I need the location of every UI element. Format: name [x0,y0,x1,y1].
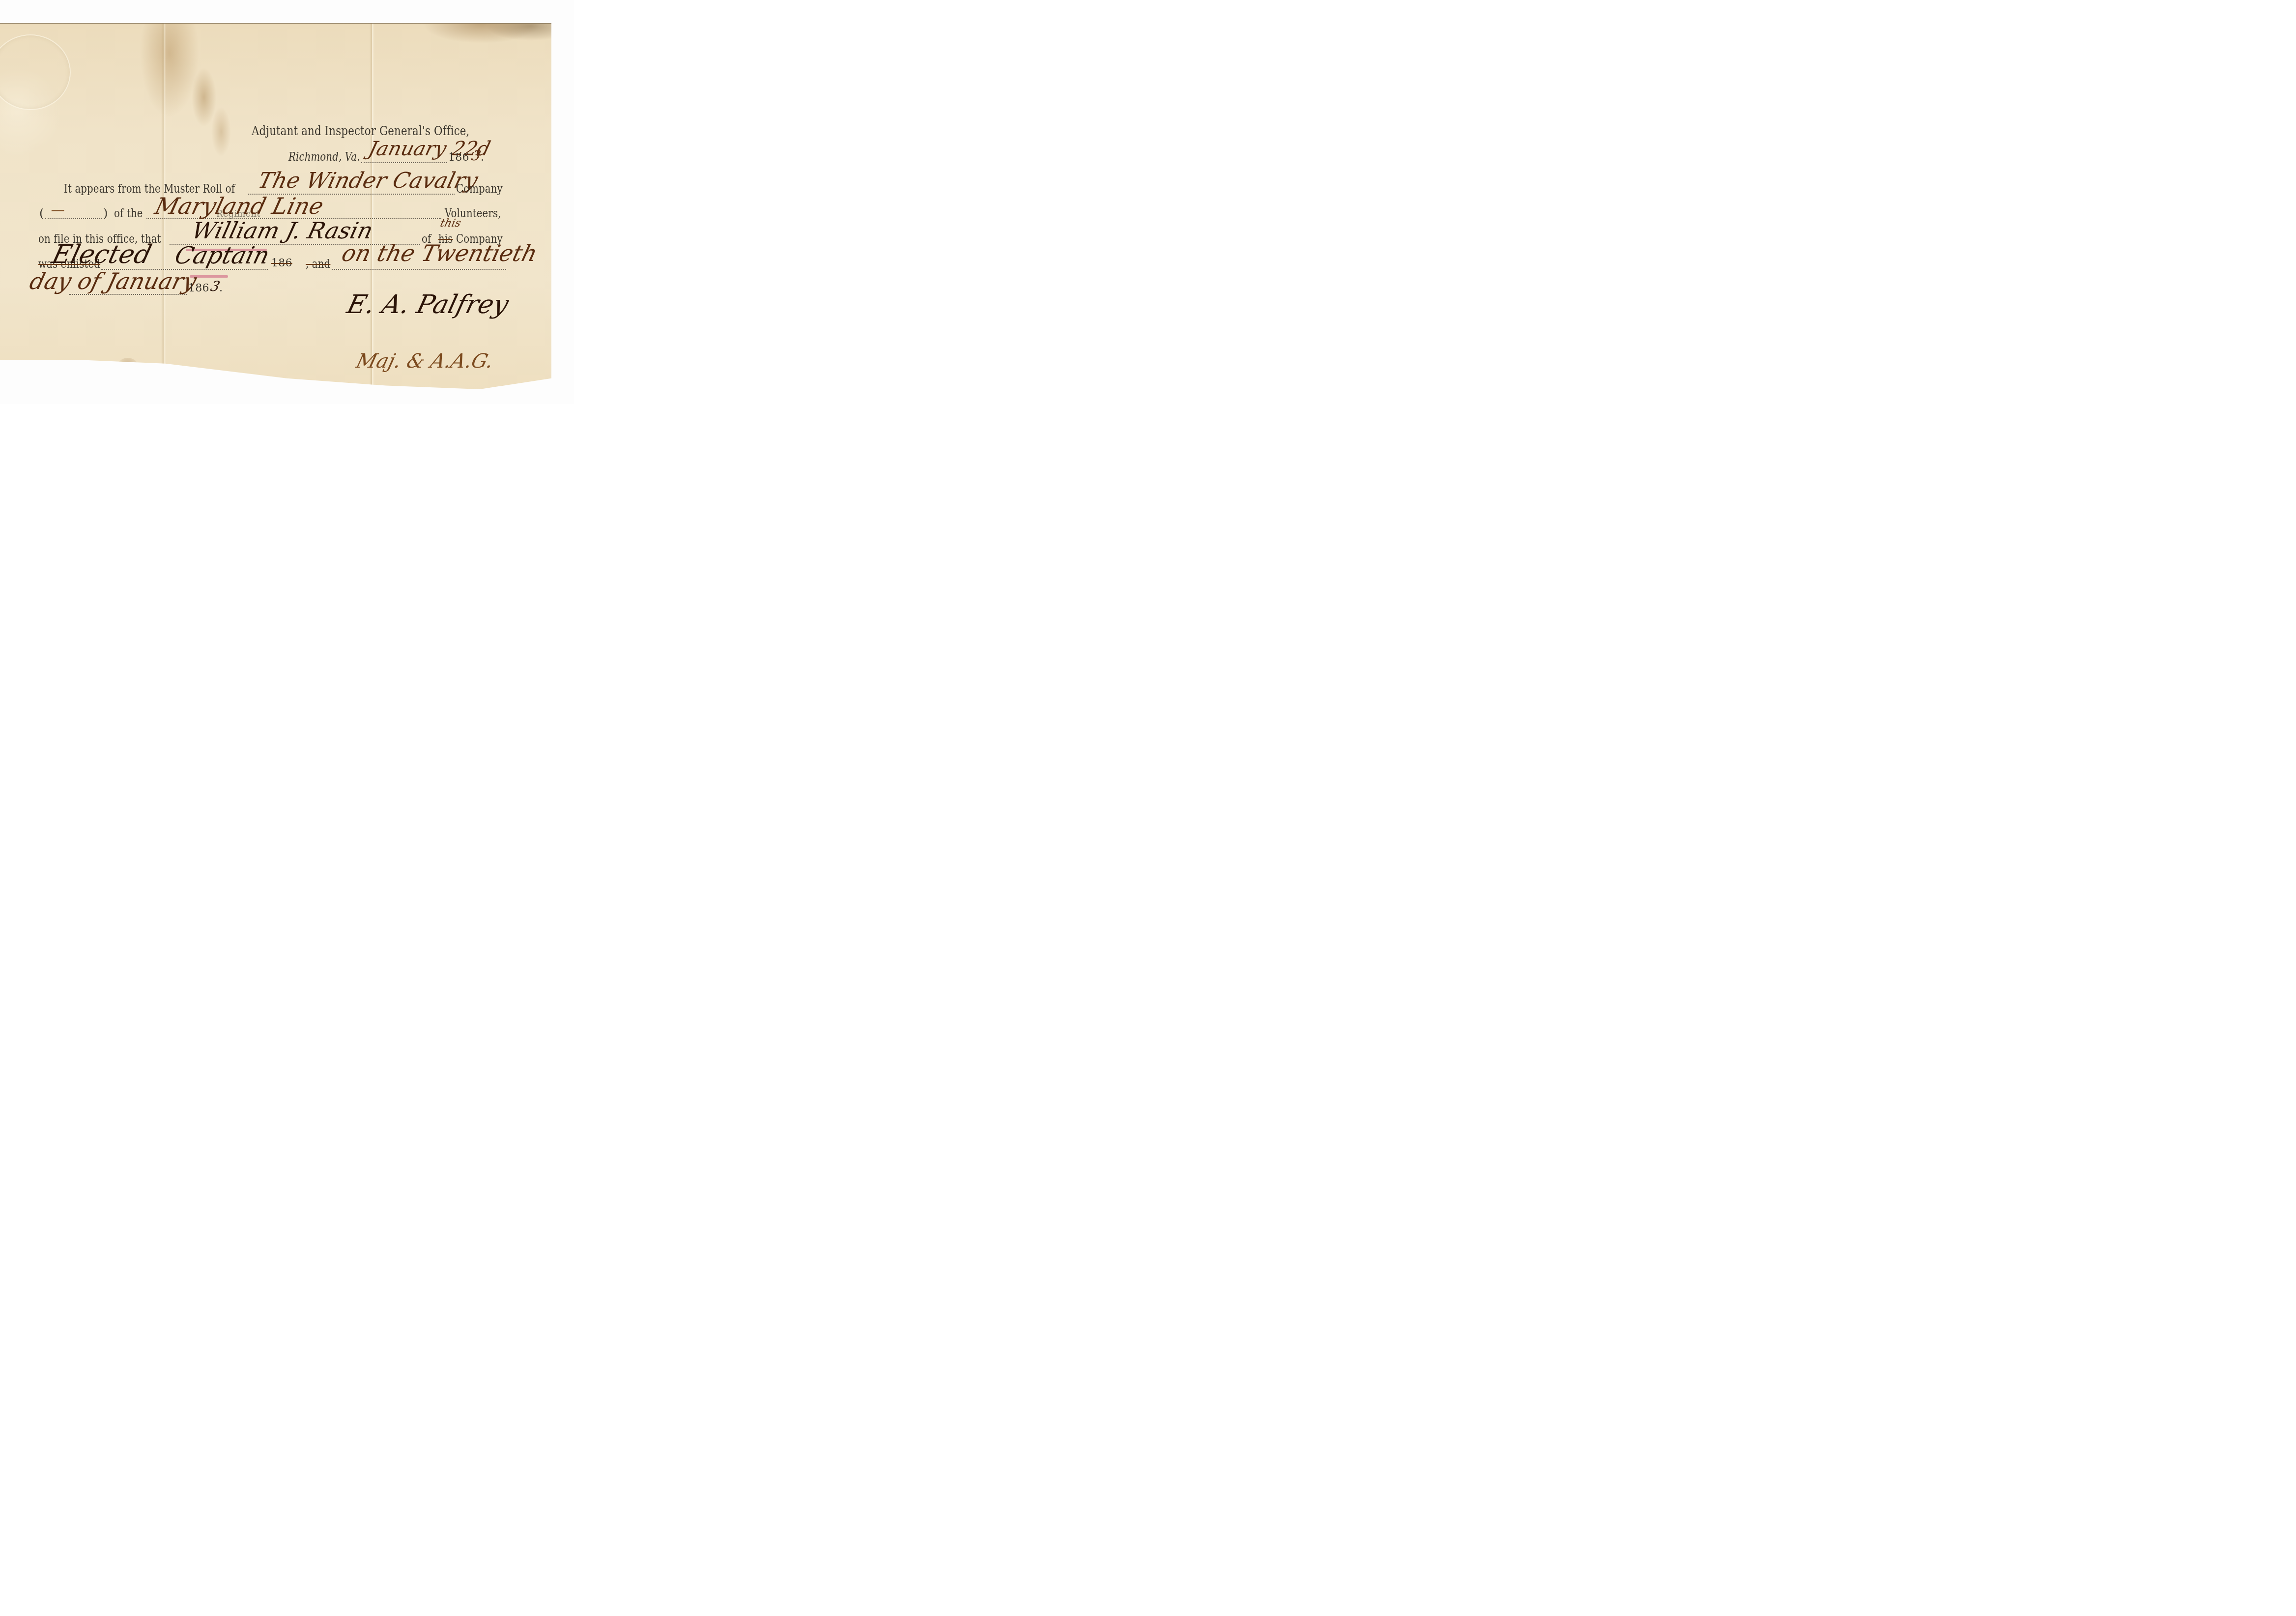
line5-period: . [219,282,223,294]
rank-handwritten: Captain [172,242,272,269]
struck-and: , and [306,257,330,271]
year-printed: 186 [448,151,469,164]
inserted-this: this [439,217,462,230]
signature-title: Maj. & A.A.G. [354,350,496,373]
place-printed: Richmond, Va. [288,150,360,164]
regiment-handwritten: Maryland Line [152,193,326,219]
fold-crease-right [370,24,374,389]
company-name-handwritten: The Winder Cavalry [256,168,480,193]
month-handwritten: day of January [27,268,200,294]
signature: E. A. Palfrey [344,290,512,319]
line5-year-printed: 186 [188,282,209,294]
struck-year: 186 [271,257,292,269]
line2-paren-open: ( [39,206,44,220]
office-heading: Adjutant and Inspector General's Office, [252,124,470,139]
elected-handwritten: Elected [49,240,154,269]
line4-tail-dotted-line [332,269,506,270]
line2-paren-dotted-line [45,218,102,219]
year-period: . [481,151,484,164]
line2-paren-close: ) [103,206,108,220]
embossed-seal [0,34,71,110]
line1-printed-suffix: Company [456,182,503,196]
date-dotted-line [361,162,447,163]
line2-printed-prefix: of the [114,206,143,220]
day-handwritten: on the Twentieth [339,240,540,266]
